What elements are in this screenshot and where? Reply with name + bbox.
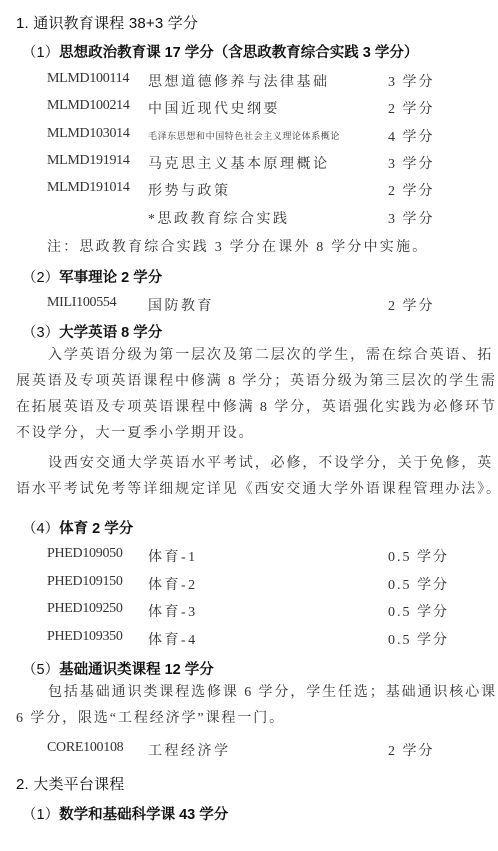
subsection-1-3-title: （3）大学英语 8 学分 xyxy=(22,321,162,342)
course-name: 体育-1 xyxy=(148,546,198,566)
paragraph-line: 在拓展英语及专项英语课程中修满 8 学分，英语强化实践为必修环节， xyxy=(16,395,484,421)
course-code: PHED109050 xyxy=(47,546,123,562)
course-name: 思想道德修养与法律基础 xyxy=(148,71,330,91)
course-credit: 0.5 学分 xyxy=(388,574,449,594)
paragraph-line: 展英语及专项英语课程中修满 8 学分；英语分级为第三层次的学生需 xyxy=(16,369,484,395)
course-credit: 4 学分 xyxy=(388,126,435,146)
course-row: MLMD191014 形势与政策 2 学分 xyxy=(0,180,498,200)
subsection-label: 数学和基础科学课 43 学分 xyxy=(59,807,228,823)
course-row: PHED109350 体育-4 0.5 学分 xyxy=(0,629,498,649)
course-credit: 2 学分 xyxy=(388,98,435,118)
subsection-1-2-title: （2）军事理论 2 学分 xyxy=(22,266,162,287)
english-paragraph-1: 入学英语分级为第一层次及第二层次的学生，需在综合英语、拓 展英语及专项英语课程中… xyxy=(16,343,484,447)
course-name: 国防教育 xyxy=(148,295,214,315)
subsection-label: 思想政治教育课 17 学分（含思政教育综合实践 3 学分） xyxy=(59,45,418,61)
section-1-title: 1. 通识教育课程 38+3 学分 xyxy=(16,12,198,33)
course-name: 中国近现代史纲要 xyxy=(148,98,280,118)
course-credit: 2 学分 xyxy=(388,295,435,315)
course-row: *思政教育综合实践 3 学分 xyxy=(0,208,498,228)
subsection-label: 体育 2 学分 xyxy=(59,521,133,537)
general-courses-paragraph: 包括基础通识类课程选修课 6 学分，学生任选；基础通识核心课 6 学分，限选“工… xyxy=(16,680,484,732)
course-name: 体育-4 xyxy=(148,629,198,649)
course-code: MILI100554 xyxy=(47,295,116,311)
subsection-label: 大学英语 8 学分 xyxy=(59,325,162,341)
course-credit: 0.5 学分 xyxy=(388,601,449,621)
subsection-1-5-title: （5）基础通识类课程 12 学分 xyxy=(22,658,214,679)
paragraph-line: 包括基础通识类课程选修课 6 学分，学生任选；基础通识核心课 xyxy=(16,680,484,706)
course-name: *思政教育综合实践 xyxy=(148,208,290,228)
course-credit: 3 学分 xyxy=(388,153,435,173)
course-credit: 2 学分 xyxy=(388,740,435,760)
subsection-1-1-title: （1）思想政治教育课 17 学分（含思政教育综合实践 3 学分） xyxy=(22,41,418,62)
course-code: MLMD191914 xyxy=(47,153,130,169)
course-code: CORE100108 xyxy=(47,740,123,756)
english-paragraph-2: 设西安交通大学英语水平考试，必修，不设学分，关于免修，英 语水平考试免考等详细规… xyxy=(16,451,484,503)
course-row: PHED109250 体育-3 0.5 学分 xyxy=(0,601,498,621)
subsection-label: 军事理论 2 学分 xyxy=(59,270,162,286)
course-code: PHED109150 xyxy=(47,574,123,590)
subsection-number: （2） xyxy=(22,270,59,286)
course-code: PHED109350 xyxy=(47,629,123,645)
subsection-label: 基础通识类课程 12 学分 xyxy=(59,662,214,678)
course-credit: 3 学分 xyxy=(388,71,435,91)
paragraph-line: 不设学分，大一夏季小学期开设。 xyxy=(16,421,484,447)
paragraph-line: 入学英语分级为第一层次及第二层次的学生，需在综合英语、拓 xyxy=(16,343,484,369)
course-name: 形势与政策 xyxy=(148,180,231,200)
subsection-number: （5） xyxy=(22,662,59,678)
course-name: 体育-3 xyxy=(148,601,198,621)
course-credit: 3 学分 xyxy=(388,208,435,228)
subsection-number: （4） xyxy=(22,521,59,537)
subsection-2-1-title: （1）数学和基础科学课 43 学分 xyxy=(22,803,228,824)
course-code: MLMD100214 xyxy=(47,98,130,114)
course-name: 毛泽东思想和中国特色社会主义理论体系概论 xyxy=(148,129,340,142)
paragraph-line: 语水平考试免考等详细规定详见《西安交通大学外语课程管理办法》。 xyxy=(16,477,484,503)
course-row: MLMD191914 马克思主义基本原理概论 3 学分 xyxy=(0,153,498,173)
course-row: PHED109050 体育-1 0.5 学分 xyxy=(0,546,498,566)
course-code: MLMD191014 xyxy=(47,180,130,196)
course-code: MLMD103014 xyxy=(47,126,130,142)
course-credit: 0.5 学分 xyxy=(388,629,449,649)
course-row: MLMD100114 思想道德修养与法律基础 3 学分 xyxy=(0,71,498,91)
course-name: 工程经济学 xyxy=(148,740,231,760)
subsection-1-4-title: （4）体育 2 学分 xyxy=(22,517,133,538)
course-name: 体育-2 xyxy=(148,574,198,594)
course-row: MLMD103014 毛泽东思想和中国特色社会主义理论体系概论 4 学分 xyxy=(0,126,498,146)
course-code: PHED109250 xyxy=(47,601,123,617)
political-education-note: 注：思政教育综合实践 3 学分在课外 8 学分中实施。 xyxy=(47,236,428,256)
course-credit: 0.5 学分 xyxy=(388,546,449,566)
course-row: MLMD100214 中国近现代史纲要 2 学分 xyxy=(0,98,498,118)
section-2-title: 2. 大类平台课程 xyxy=(16,773,124,794)
course-code: MLMD100114 xyxy=(47,71,129,87)
course-row: CORE100108 工程经济学 2 学分 xyxy=(0,740,498,760)
subsection-number: （1） xyxy=(22,807,59,823)
subsection-number: （1） xyxy=(22,45,59,61)
subsection-number: （3） xyxy=(22,325,59,341)
paragraph-line: 6 学分，限选“工程经济学”课程一门。 xyxy=(16,706,484,732)
course-name: 马克思主义基本原理概论 xyxy=(148,153,330,173)
course-row: PHED109150 体育-2 0.5 学分 xyxy=(0,574,498,594)
course-row: MILI100554 国防教育 2 学分 xyxy=(0,295,498,315)
paragraph-line: 设西安交通大学英语水平考试，必修，不设学分，关于免修，英 xyxy=(16,451,484,477)
course-credit: 2 学分 xyxy=(388,180,435,200)
